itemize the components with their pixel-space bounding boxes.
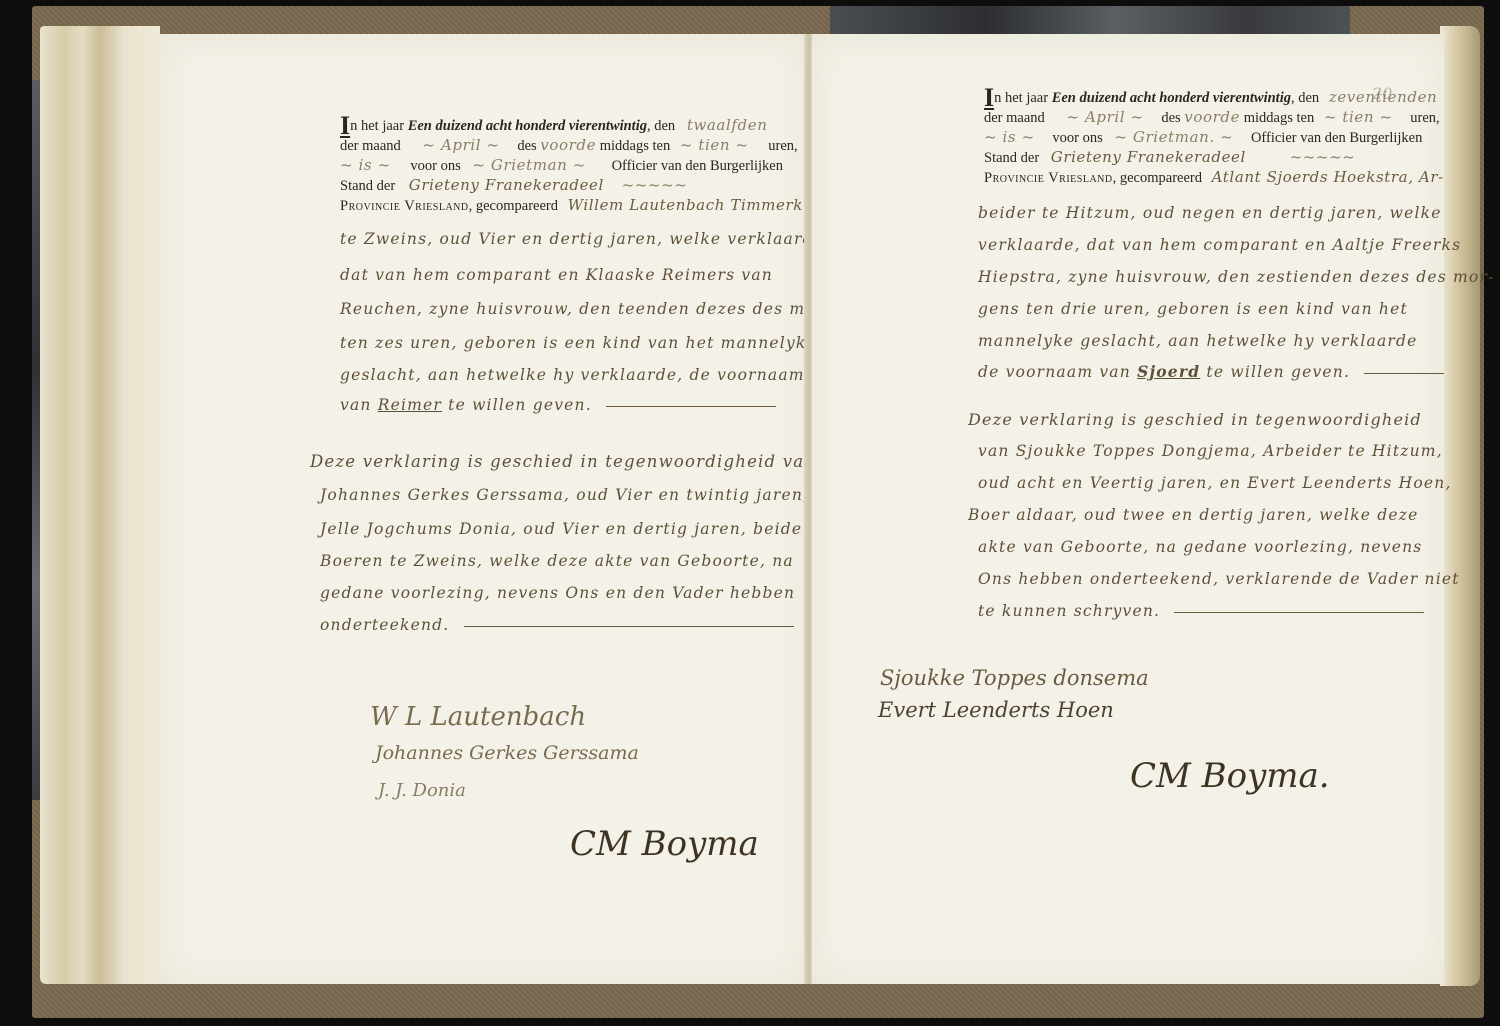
handwritten-is: ~ is ~	[984, 128, 1035, 146]
witness-line: van Sjoukke Toppes Dongjema, Arbeider te…	[978, 442, 1443, 460]
witness-line: Deze verklaring is geschied in tegenwoor…	[310, 452, 816, 471]
witness-line: gedane voorlezing, nevens Ons en den Vad…	[320, 584, 795, 602]
handwritten-month: ~ April ~	[422, 136, 499, 154]
handwritten-place: Grieteny Franekeradeel	[1051, 148, 1246, 166]
body-line: beider te Hitzum, oud negen en dertig ja…	[978, 204, 1442, 222]
body-text: onderteekend.	[320, 616, 449, 634]
body-text: te kunnen schryven.	[978, 602, 1160, 620]
witness-line: Boeren te Zweins, welke deze akte van Ge…	[320, 552, 794, 570]
signature-witness-2: J. J. Donia	[378, 780, 466, 801]
handwritten-hour: ~ tien ~	[680, 136, 749, 154]
printed-text: , den	[1291, 90, 1319, 106]
handwritten-name: Atlant Sjoerds Hoekstra, Ar-	[1212, 168, 1444, 186]
body-line: mannelyke geslacht, aan hetwelke hy verk…	[978, 332, 1417, 350]
handwritten-day: twaalfden	[687, 116, 768, 134]
given-name: Sjoerd	[1137, 362, 1200, 381]
printed-text: voor ons	[410, 158, 460, 174]
printed-text: voor ons	[1052, 130, 1102, 146]
printed-text: n het jaar	[994, 90, 1048, 106]
body-line: verklaarde, dat van hem comparant en Aal…	[978, 236, 1461, 254]
signature-officer: CM Boyma	[570, 824, 759, 864]
page-edges-left	[40, 26, 160, 984]
body-line: Reuchen, zyne huisvrouw, den teenden dez…	[340, 300, 866, 318]
handwritten-officer: ~ Grietman ~	[472, 156, 586, 174]
body-text: van	[340, 396, 372, 414]
handwritten-is: ~ is ~	[340, 156, 391, 174]
printed-text: uren,	[1410, 110, 1439, 126]
signature-witness-2: Evert Leenderts Hoen	[878, 698, 1114, 722]
province-text: Provincie Vriesland	[984, 170, 1113, 186]
handwritten-name: Willem Lautenbach Timmerknegt	[568, 196, 840, 214]
body-text: te willen geven.	[448, 396, 592, 414]
body-line: geslacht, aan hetwelke hy verklaarde, de…	[340, 366, 805, 384]
signature-witness-1: Sjoukke Toppes donsema	[880, 666, 1149, 690]
witness-line: onderteekend.	[320, 616, 794, 634]
printed-text: n het jaar	[350, 118, 404, 134]
handwritten-month: ~ April ~	[1066, 108, 1143, 126]
body-line: te Zweins, oud Vier en dertig jaren, wel…	[340, 230, 830, 248]
witness-line: oud acht en Veertig jaren, en Evert Leen…	[978, 474, 1452, 492]
witness-line: Johannes Gerkes Gerssama, oud Vier en tw…	[320, 486, 837, 504]
printed-text: Stand der	[340, 178, 395, 194]
printed-text: der maand	[340, 138, 401, 154]
printed-text: , gecompareerd	[469, 198, 558, 214]
witness-line: Deze verklaring is geschied in tegenwoor…	[968, 410, 1422, 429]
body-line: van Reimer te willen geven.	[340, 396, 776, 414]
handwritten-day: zeventienden	[1329, 88, 1438, 106]
handwritten-officer: ~ Grietman. ~	[1114, 128, 1233, 146]
body-line: Hiepstra, zyne huisvrouw, den zestienden…	[978, 268, 1495, 286]
line-filler	[464, 626, 794, 627]
witness-line: Boer aldaar, oud twee en dertig jaren, w…	[968, 506, 1419, 524]
body-line: dat van hem comparant en Klaaske Reimers…	[340, 266, 773, 284]
witness-line: Jelle Jogchums Donia, oud Vier en dertig…	[320, 520, 802, 538]
line-filler	[1364, 373, 1444, 374]
witness-line: te kunnen schryven.	[978, 602, 1424, 620]
handwritten-time: voorde	[540, 136, 596, 154]
left-page: In het jaar Een duizend acht honderd vie…	[160, 34, 808, 984]
body-line: ten zes uren, geboren is een kind van he…	[340, 334, 817, 352]
body-text: de voornaam van	[978, 363, 1131, 381]
printed-text: uren,	[768, 138, 797, 154]
printed-text: , gecompareerd	[1113, 170, 1202, 186]
right-page: 20 In het jaar Een duizend acht honderd …	[812, 34, 1444, 984]
line-filler	[606, 406, 776, 407]
printed-text: des	[1161, 110, 1180, 126]
handwritten-hour: ~ tien ~	[1324, 108, 1393, 126]
given-name: Reimer	[378, 396, 442, 414]
witness-line: akte van Geboorte, na gedane voorlezing,…	[978, 538, 1422, 556]
printed-text: des	[517, 138, 536, 154]
signature-witness-1: Johannes Gerkes Gerssama	[375, 742, 639, 764]
province-text: Provincie Vriesland	[340, 198, 469, 214]
year-text: Een duizend acht honderd vierentwintig	[408, 118, 647, 134]
year-text: Een duizend acht honderd vierentwintig	[1052, 90, 1291, 106]
handwritten-time: voorde	[1184, 108, 1240, 126]
printed-text: middags ten	[1244, 110, 1314, 126]
witness-line: Ons hebben onderteekend, verklarende de …	[978, 570, 1460, 588]
printed-text: , den	[647, 118, 675, 134]
printed-text: Officier van den Burgerlijken	[612, 158, 783, 174]
signature-father: W L Lautenbach	[370, 702, 586, 732]
body-text: te willen geven.	[1206, 363, 1350, 381]
printed-text: Officier van den Burgerlijken	[1251, 130, 1422, 146]
printed-text: Stand der	[984, 150, 1039, 166]
body-line: de voornaam van Sjoerd te willen geven.	[978, 362, 1444, 381]
page-edges-right	[1440, 26, 1480, 986]
printed-text: middags ten	[600, 138, 670, 154]
handwritten-place: Grieteny Franekeradeel	[409, 176, 604, 194]
line-filler	[1174, 612, 1424, 613]
printed-text: der maand	[984, 110, 1045, 126]
body-line: gens ten drie uren, geboren is een kind …	[978, 300, 1408, 318]
signature-officer: CM Boyma.	[1130, 756, 1330, 796]
